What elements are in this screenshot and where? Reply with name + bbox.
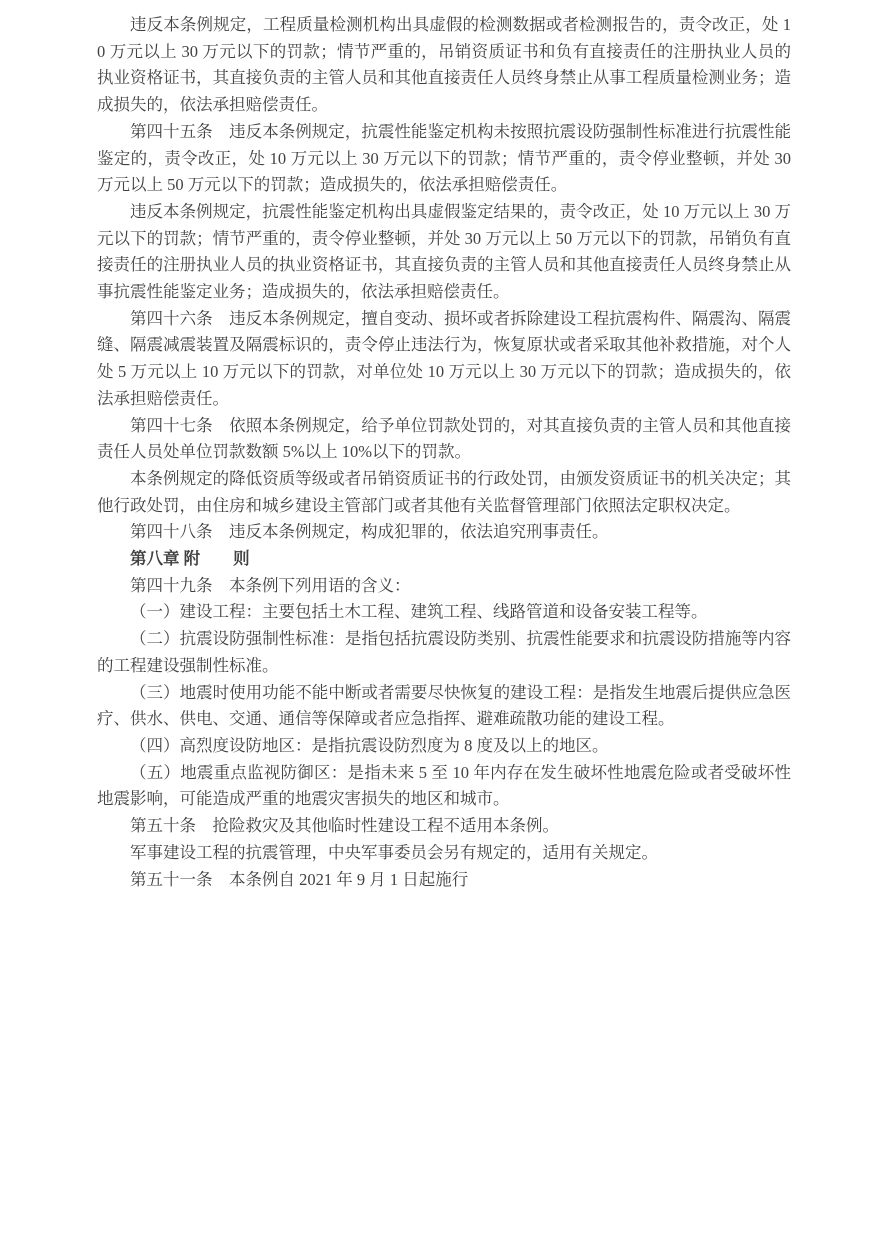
document-page: 违反本条例规定，工程质量检测机构出具虚假的检测数据或者检测报告的，责令改正，处 …	[0, 0, 888, 1256]
paragraph: 第五十条 抢险救灾及其他临时性建设工程不适用本条例。	[97, 813, 791, 840]
paragraph: 本条例规定的降低资质等级或者吊销资质证书的行政处罚，由颁发资质证书的机关决定；其…	[97, 466, 791, 519]
paragraph: 第四十六条 违反本条例规定，擅自变动、损坏或者拆除建设工程抗震构件、隔震沟、隔震…	[97, 306, 791, 413]
paragraph: （三）地震时使用功能不能中断或者需要尽快恢复的建设工程：是指发生地震后提供应急医…	[97, 680, 791, 733]
paragraph: （一）建设工程：主要包括土木工程、建筑工程、线路管道和设备安装工程等。	[97, 599, 791, 626]
paragraph: 第四十五条 违反本条例规定，抗震性能鉴定机构未按照抗震设防强制性标准进行抗震性能…	[97, 119, 791, 199]
paragraph: 违反本条例规定，工程质量检测机构出具虚假的检测数据或者检测报告的，责令改正，处 …	[97, 12, 791, 119]
chapter-heading: 第八章 附 则	[97, 546, 791, 573]
document-body: 违反本条例规定，工程质量检测机构出具虚假的检测数据或者检测报告的，责令改正，处 …	[0, 0, 888, 893]
paragraph: 军事建设工程的抗震管理，中央军事委员会另有规定的，适用有关规定。	[97, 840, 791, 867]
paragraph: （五）地震重点监视防御区：是指未来 5 至 10 年内存在发生破坏性地震危险或者…	[97, 760, 791, 813]
paragraph: 第四十九条 本条例下列用语的含义：	[97, 573, 791, 600]
paragraph: 违反本条例规定，抗震性能鉴定机构出具虚假鉴定结果的，责令改正，处 10 万元以上…	[97, 199, 791, 306]
paragraph: （二）抗震设防强制性标准：是指包括抗震设防类别、抗震性能要求和抗震设防措施等内容…	[97, 626, 791, 679]
paragraph: 第四十八条 违反本条例规定，构成犯罪的，依法追究刑事责任。	[97, 519, 791, 546]
paragraph: （四）高烈度设防地区：是指抗震设防烈度为 8 度及以上的地区。	[97, 733, 791, 760]
paragraph: 第四十七条 依照本条例规定，给予单位罚款处罚的，对其直接负责的主管人员和其他直接…	[97, 413, 791, 466]
paragraph: 第五十一条 本条例自 2021 年 9 月 1 日起施行	[97, 867, 791, 894]
